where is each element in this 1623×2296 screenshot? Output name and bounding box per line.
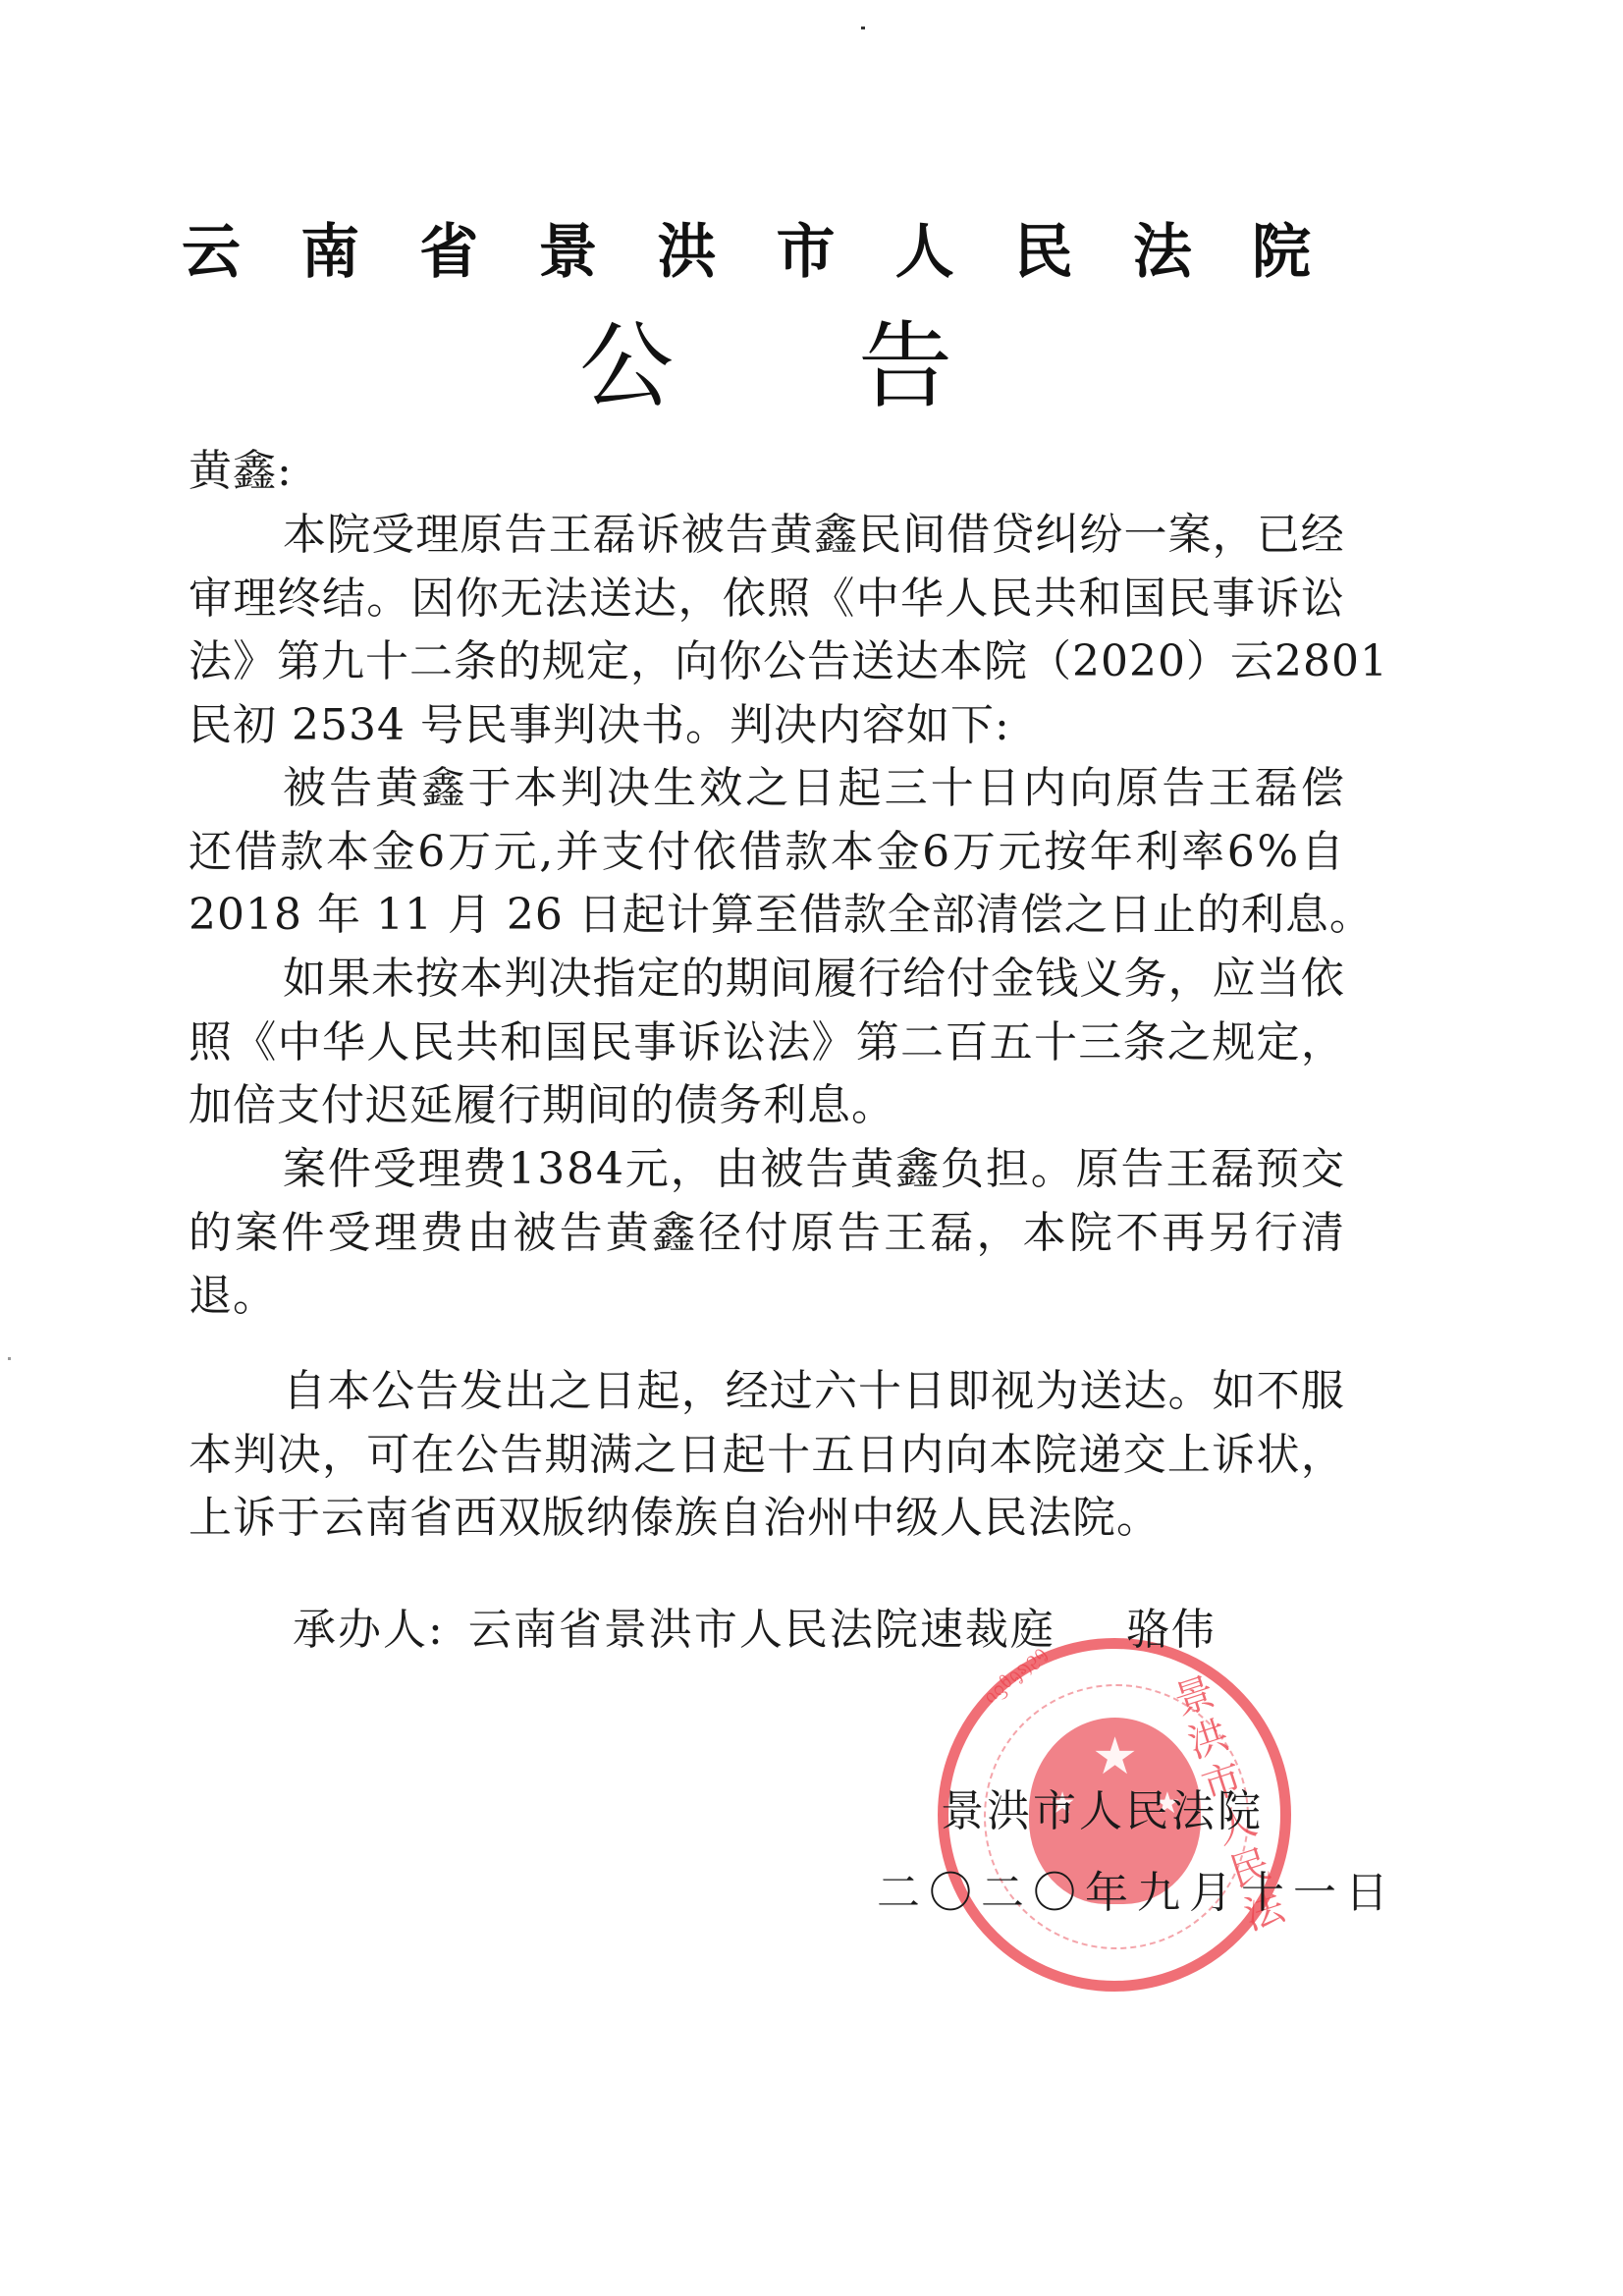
handler-name: 骆伟 [1126,1605,1217,1655]
signing-court: 景洪市人民法院 [941,1782,1264,1841]
paragraph-judgment-repayment: 被告黄鑫于本判决生效之日起三十日内向原告王磊偿 还借款本金6万元,并支付依借款本… [189,757,1345,948]
text-line: 案件受理费1384元，由被告黄鑫负担。原告王磊预交 [189,1138,1345,1202]
handler-department: 云南省景洪市人民法院速裁庭 [468,1605,1055,1655]
court-name-char: 南 [300,218,359,287]
text-line: 退。 [189,1265,1345,1329]
court-name-char: 法 [1133,218,1192,287]
court-name-char: 院 [1252,218,1311,287]
text-line: 加倍支付迟延履行期间的债务利息。 [189,1074,1345,1138]
document-date: 二〇二〇年九月十一日 [877,1864,1397,1923]
paragraph-late-performance: 如果未按本判决指定的期间履行给付金钱义务，应当依 照《中华人民共和国民事诉讼法》… [189,948,1345,1138]
paragraph-case-summary: 本院受理原告王磊诉被告黄鑫民间借贷纠纷一案，已经 审理终结。因你无法送达，依照《… [189,504,1345,757]
text-line: 民初 2534 号民事判决书。判决内容如下: [189,694,1345,758]
document-title: 公 告 [579,312,952,420]
text-line: 审理终结。因你无法送达，依照《中华人民共和国民事诉讼 [189,568,1345,631]
paragraph-case-fee: 案件受理费1384元，由被告黄鑫负担。原告王磊预交 的案件受理费由被告黄鑫径付原… [189,1138,1345,1329]
court-name-header: 云 南 省 景 洪 市 人 民 法 院 [182,218,1311,287]
text-line: 被告黄鑫于本判决生效之日起三十日内向原告王磊偿 [189,757,1345,821]
court-name-char: 民 [1014,218,1073,287]
scan-speck [861,27,865,29]
court-name-char: 洪 [657,218,716,287]
addressee: 黄鑫: [189,442,1345,501]
text-line: 法》第九十二条的规定，向你公告送达本院（2020）云2801 [189,630,1345,694]
court-name-char: 市 [777,218,836,287]
text-line: 如果未按本判决指定的期间履行给付金钱义务，应当依 [189,948,1345,1011]
court-name-char: 景 [538,218,597,287]
court-name-char: 人 [895,218,954,287]
text-line: 本判决，可在公告期满之日起十五日内向本院递交上诉状， [189,1424,1345,1488]
scan-speck [8,1357,11,1360]
text-line: 的案件受理费由被告黄鑫径付原告王磊，本院不再另行清 [189,1202,1345,1266]
handler-label: 承办人: [293,1605,445,1655]
text-line: 本院受理原告王磊诉被告黄鑫民间借贷纠纷一案，已经 [189,504,1345,568]
court-name-char: 省 [419,218,478,287]
text-line: 上诉于云南省西双版纳傣族自治州中级人民法院。 [189,1487,1345,1551]
text-line: 还借款本金6万元,并支付依借款本金6万元按年利率6%自 [189,821,1345,885]
title-char: 告 [858,312,952,420]
paragraph-service-and-appeal: 自本公告发出之日起，经过六十日即视为送达。如不服 本判决，可在公告期满之日起十五… [189,1360,1345,1551]
text-line: 照《中华人民共和国民事诉讼法》第二百五十三条之规定， [189,1011,1345,1075]
text-line: 自本公告发出之日起，经过六十日即视为送达。如不服 [189,1360,1345,1424]
title-char: 公 [579,312,674,420]
text-line: 2018 年 11 月 26 日起计算至借款全部清偿之日止的利息。 [189,884,1345,948]
court-name-char: 云 [182,218,241,287]
